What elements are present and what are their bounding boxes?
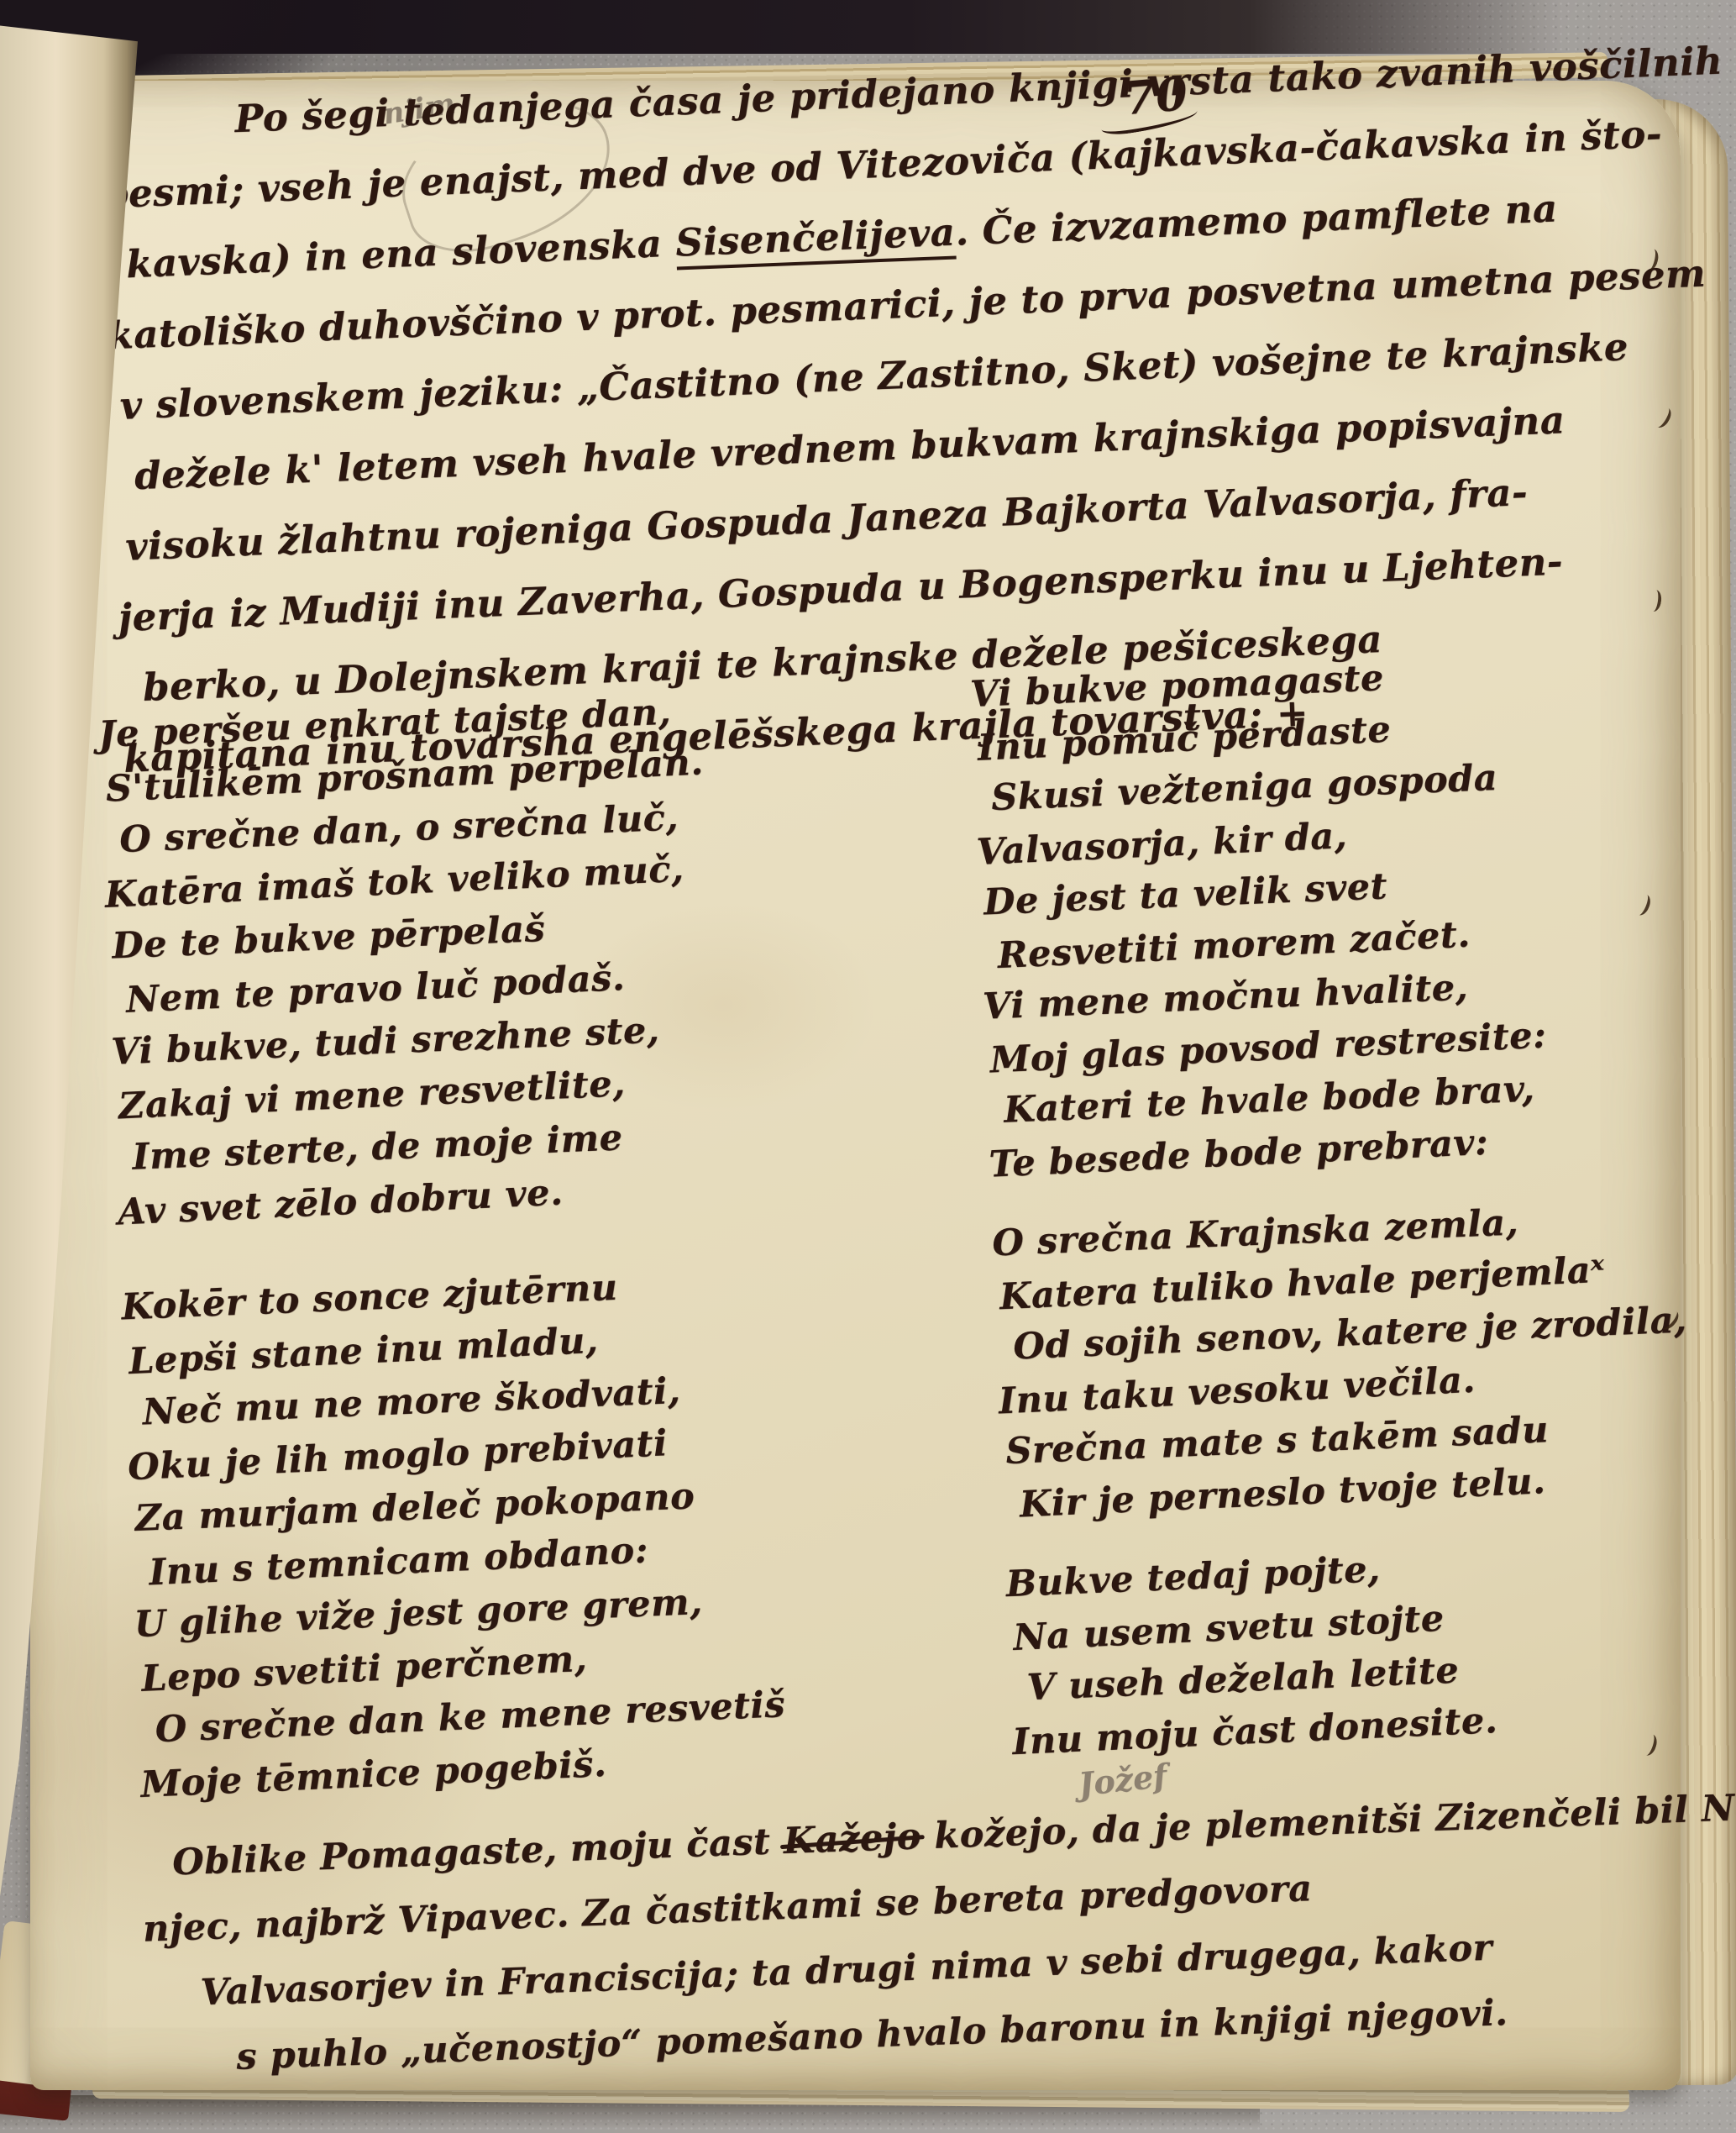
prose-segment: Oblike Pomagaste, moju čast bbox=[171, 1820, 784, 1883]
ink-smudge bbox=[1646, 589, 1662, 612]
verse-column-right: Vi bukve pomagasteInu pomuč perdasteSkus… bbox=[969, 641, 1705, 1795]
stanza: O srečna Krajnska zemla,Katera tuliko hv… bbox=[991, 1190, 1694, 1530]
stanza: Vi bukve pomagasteInu pomuč perdasteSkus… bbox=[969, 641, 1681, 1190]
ink-smudge bbox=[1652, 405, 1675, 431]
prose-segment: . Če izvzamemo pamflete na bbox=[954, 186, 1558, 254]
photo-scene: 70 njim Po šegi tedanjega časa je pridej… bbox=[0, 0, 1736, 2133]
struck-word: Kažejo bbox=[783, 1815, 922, 1862]
prose-segment: kavska) in ena slovenska bbox=[125, 221, 676, 287]
closing-paragraph: Oblike Pomagaste, moju čast Kažejo kožej… bbox=[37, 1778, 1675, 2097]
manuscript-page: 70 njim Po šegi tedanjega časa je pridej… bbox=[30, 81, 1681, 2090]
verse-column-left: Je peršeu enkrat tajste dan,S'tulikēm pr… bbox=[97, 683, 790, 1854]
stanza: Bukve tedaj pojte,Na usem svetu stojteV … bbox=[1005, 1531, 1704, 1767]
stanza: Kokēr to sonce zjutērnuLepši stane inu m… bbox=[120, 1256, 788, 1810]
underlined-word: Sisenčelijeva bbox=[674, 210, 956, 271]
stanza: Je peršeu enkrat tajste dan,S'tulikēm pr… bbox=[97, 683, 765, 1237]
